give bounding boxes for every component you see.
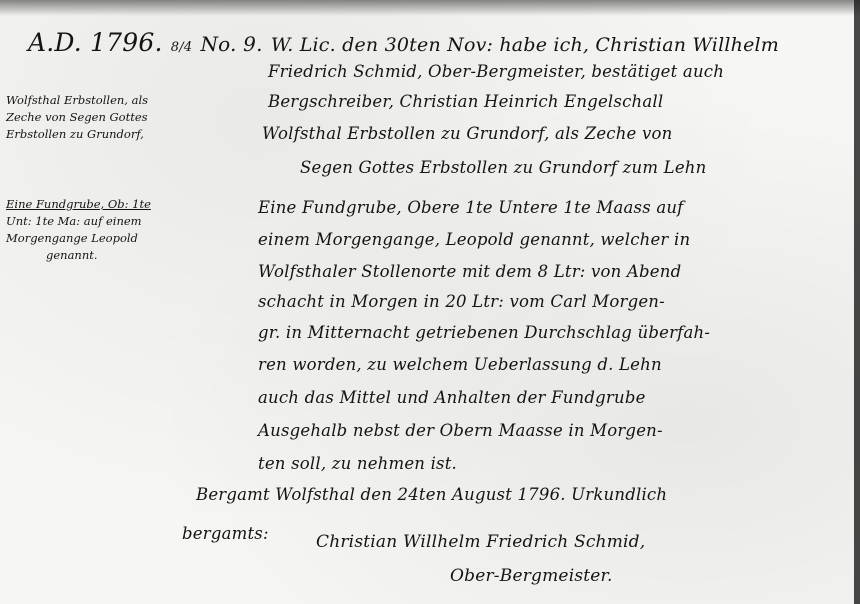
body-line: einem Morgengange, Leopold genannt, welc…	[258, 230, 690, 249]
margin-line: Eine Fundgrube, Ob: 1te	[6, 196, 151, 213]
entry-heading: A.D. 1796. 8/4 No. 9. W. Lic. den 30ten …	[28, 28, 779, 57]
year-marker: A.D. 1796.	[28, 28, 163, 57]
closing-label: bergamts:	[182, 524, 269, 543]
body-line: Friedrich Schmid, Ober-Bergmeister, best…	[268, 62, 724, 81]
body-line: Bergschreiber, Christian Heinrich Engels…	[268, 92, 663, 111]
margin-line: Zeche von Segen Gottes	[6, 109, 148, 126]
fraction: 8/4	[171, 40, 193, 55]
margin-line: Wolfsthal Erbstollen, als	[6, 92, 148, 109]
margin-line: Unt: 1te Ma: auf einem	[6, 213, 151, 230]
scan-right-edge	[854, 0, 860, 604]
body-line: ren worden, zu welchem Ueberlassung d. L…	[258, 355, 662, 374]
body-line: gr. in Mitternacht getriebenen Durchschl…	[258, 323, 710, 342]
document-page: A.D. 1796. 8/4 No. 9. W. Lic. den 30ten …	[0, 0, 860, 604]
body-line: Wolfsthaler Stollenorte mit dem 8 Ltr: v…	[258, 262, 681, 281]
margin-note-1: Wolfsthal Erbstollen, als Zeche von Sege…	[6, 92, 148, 143]
body-line: Segen Gottes Erbstollen zu Grundorf zum …	[300, 158, 706, 177]
signature-name: Christian Willhelm Friedrich Schmid,	[316, 532, 645, 552]
entry-number: No. 9.	[200, 32, 262, 56]
margin-line: Erbstollen zu Grundorf,	[6, 126, 148, 143]
margin-note-2: Eine Fundgrube, Ob: 1te Unt: 1te Ma: auf…	[6, 196, 151, 264]
body-line: auch das Mittel und Anhalten der Fundgru…	[258, 388, 646, 407]
body-line: Wolfsthal Erbstollen zu Grundorf, als Ze…	[262, 124, 672, 143]
body-line: Ausgehalb nebst der Obern Maasse in Morg…	[258, 421, 663, 440]
body-line: Eine Fundgrube, Obere 1te Untere 1te Maa…	[258, 198, 684, 217]
signature-title: Ober-Bergmeister.	[450, 566, 613, 586]
body-line: schacht in Morgen in 20 Ltr: vom Carl Mo…	[258, 292, 665, 311]
margin-line: Morgengange Leopold	[6, 230, 151, 247]
margin-line: genannt.	[6, 247, 151, 264]
body-line: ten soll, zu nehmen ist.	[258, 454, 457, 473]
entry-first-line: W. Lic. den 30ten Nov: habe ich, Christi…	[271, 34, 779, 56]
closing-place-date: Bergamt Wolfsthal den 24ten August 1796.…	[196, 485, 667, 504]
scan-edge-shadow	[0, 0, 860, 16]
